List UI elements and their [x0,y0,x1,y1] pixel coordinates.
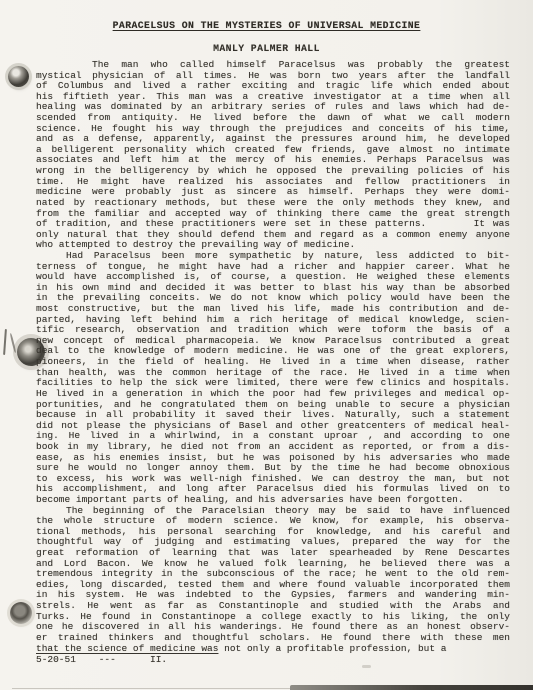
brad-fastener-top-icon [8,66,29,87]
text-line: become important parts of healing, and h… [36,495,510,506]
footer-date-line: 5-20-51 --- II. [36,655,167,666]
text-line: book in my library, he died not from an … [36,442,510,453]
scan-edge-hairline [12,688,292,689]
scanned-document-page: PARACELSUS ON THE MYSTERIES OF UNIVERSAL… [0,0,533,690]
bottom-edge-shadow [290,685,533,690]
text-line: nated by reactionary methods, but these … [36,198,510,209]
underlined-phrase: that the science of medicine was [36,643,218,654]
brad-fastener-bottom-icon [10,602,32,624]
paragraph: The man who called himself Paracelsus wa… [36,60,510,251]
pencil-mark-icon [3,329,7,355]
text-line: Had Paracelsus been more sympathetic by … [36,251,510,262]
paragraph: The beginning of the Paracelsian theory … [36,506,510,655]
author-byline: MANLY PALMER HALL [0,43,533,54]
pencil-mark-icon [10,333,17,353]
document-body: The man who called himself Paracelsus wa… [36,60,510,654]
text-line: He lived in a generation in which the po… [36,389,510,400]
document-title: PARACELSUS ON THE MYSTERIES OF UNIVERSAL… [0,20,533,31]
text-line: that the science of medicine was not onl… [36,644,510,655]
paragraph: Had Paracelsus been more sympathetic by … [36,251,510,506]
scan-smudge [362,665,371,668]
